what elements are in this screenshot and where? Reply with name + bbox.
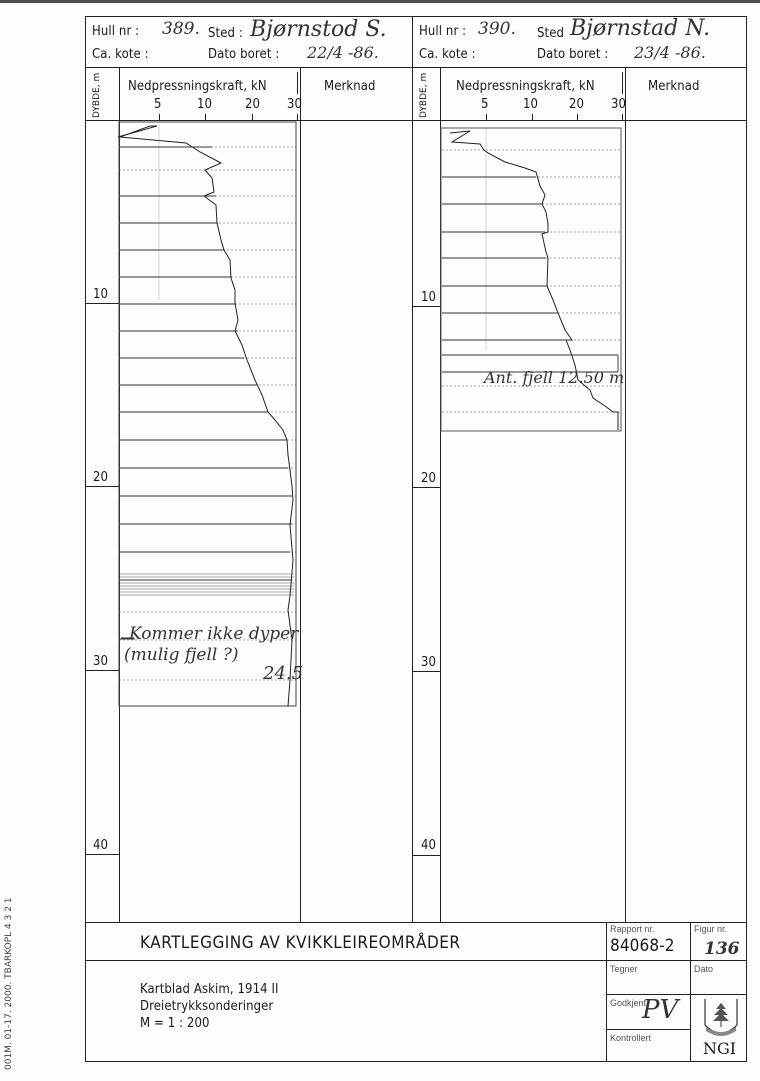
rapport-nr: 84068-2 xyxy=(610,936,675,956)
description-line2: Dreietrykksonderinger xyxy=(140,999,273,1014)
godkjent-signature: PV xyxy=(642,995,678,1025)
log2-annotation: Ant. fjell 12.50 m xyxy=(484,368,624,387)
dato-label: Dato xyxy=(694,964,713,974)
ngi-logo: NGI xyxy=(701,997,741,1059)
rapport-label: Rapport nr. xyxy=(610,924,655,934)
title-block-top-line xyxy=(85,922,747,923)
tegner-label: Tegner xyxy=(610,964,638,974)
godkjent-label: Godkjent xyxy=(610,998,646,1008)
figur-label: Figur nr. xyxy=(694,924,727,934)
log1-annotation-value: 24.5 xyxy=(263,663,303,684)
title-block-mid-line xyxy=(85,960,747,961)
sounding-traces xyxy=(0,0,760,1081)
figur-nr: 136 xyxy=(704,939,740,959)
kontrollert-label: Kontrollert xyxy=(610,1033,651,1043)
logo-text: NGI xyxy=(703,1039,736,1058)
description-line3: M = 1 : 200 xyxy=(140,1016,210,1031)
project-title: KARTLEGGING AV KVIKKLEIREOMRÅDER xyxy=(140,933,461,953)
title-block-col-line xyxy=(606,922,607,1062)
log1-annotation-line1: Kommer ikke dyper xyxy=(129,624,298,644)
description-line1: Kartblad Askim, 1914 II xyxy=(140,982,279,997)
log1-annotation-line2: (mulig fjell ?) xyxy=(124,645,239,665)
title-block-col-line-2 xyxy=(690,922,691,1062)
title-block-row-line-2 xyxy=(606,1029,690,1030)
